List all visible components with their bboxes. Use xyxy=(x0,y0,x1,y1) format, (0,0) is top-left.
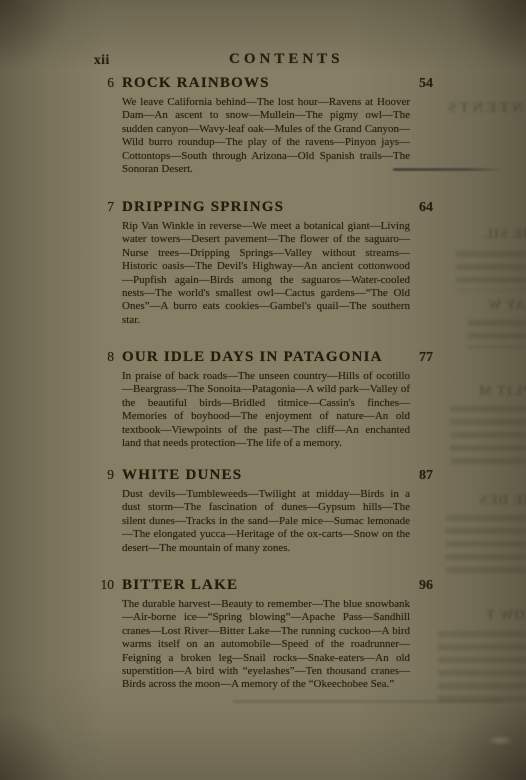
bleed-through-smudge xyxy=(456,251,526,291)
chapter-title: WHITE DUNES xyxy=(122,467,242,484)
toc-entry-head: 9 WHITE DUNES 87 xyxy=(88,467,433,484)
chapter-summary: We leave California behind—The lost hour… xyxy=(122,96,410,176)
bleed-through-chapter-title: 5 SNOW T xyxy=(485,607,526,623)
chapter-summary: Dust devils—Tumbleweeds—Twilight at midd… xyxy=(122,488,410,555)
bleed-through-chapter-title: 2 GRAY W xyxy=(487,297,526,313)
toc-entry: 7 DRIPPING SPRINGS 64 Rip Van Winkle in … xyxy=(88,199,433,327)
toc-entry: 6 ROCK RAINBOWS 54 We leave California b… xyxy=(88,75,433,176)
chapter-number: 7 xyxy=(88,199,122,215)
toc-entry: 10 BITTER LAKE 96 The durable harvest—Be… xyxy=(88,577,433,692)
chapter-number: 9 xyxy=(88,467,122,483)
chapter-page-number: 87 xyxy=(419,468,433,484)
chapter-page-number: 64 xyxy=(419,200,433,216)
toc-entry-head: 7 DRIPPING SPRINGS 64 xyxy=(88,199,433,216)
chapter-page-number: 77 xyxy=(419,350,433,366)
folio-number: xii xyxy=(94,52,110,68)
paper-flaw xyxy=(486,735,514,746)
bleed-through-smudge xyxy=(446,515,526,578)
toc-entry-head: 10 BITTER LAKE 96 xyxy=(88,577,433,594)
bleed-through-smudge xyxy=(438,631,526,703)
toc-entry: 8 OUR IDLE DAYS IN PATAGONIA 77 In prais… xyxy=(88,349,433,450)
chapter-number: 8 xyxy=(88,349,122,365)
chapter-title: DRIPPING SPRINGS xyxy=(122,199,284,216)
chapter-number: 10 xyxy=(88,577,122,593)
chapter-title: BITTER LAKE xyxy=(122,577,238,594)
bleed-through-contents-heading: CONTENTS xyxy=(445,100,526,117)
chapter-summary: The durable harvest—Beauty to remember—T… xyxy=(122,598,410,692)
bleed-through-chapter-title: 3 SPLIT M xyxy=(478,383,526,399)
page-header: xii CONTENTS xyxy=(88,51,433,69)
bleed-through-chapter-title: 1 THE SIL xyxy=(483,226,526,242)
bleed-through-smudge xyxy=(468,320,526,348)
chapter-page-number: 54 xyxy=(419,76,433,92)
book-page-scan: CONTENTS 1 THE SIL 2 GRAY W 3 SPLIT M 4 … xyxy=(0,0,526,780)
chapter-summary: Rip Van Winkle in reverse—We meet a bota… xyxy=(122,220,410,327)
bleed-through-smudge xyxy=(233,700,503,703)
chapter-number: 6 xyxy=(88,75,122,91)
toc-entry-head: 8 OUR IDLE DAYS IN PATAGONIA 77 xyxy=(88,349,433,366)
chapter-title: OUR IDLE DAYS IN PATAGONIA xyxy=(122,349,383,366)
toc-entry-head: 6 ROCK RAINBOWS 54 xyxy=(88,75,433,92)
chapter-summary: In praise of back roads—The unseen count… xyxy=(122,370,410,450)
bleed-through-chapter-title: 4 THE DES xyxy=(479,492,526,508)
toc-entry: 9 WHITE DUNES 87 Dust devils—Tumbleweeds… xyxy=(88,467,433,555)
chapter-title: ROCK RAINBOWS xyxy=(122,75,270,92)
contents-heading: CONTENTS xyxy=(229,51,344,68)
bleed-through-smudge xyxy=(450,406,526,469)
chapter-page-number: 96 xyxy=(419,578,433,594)
